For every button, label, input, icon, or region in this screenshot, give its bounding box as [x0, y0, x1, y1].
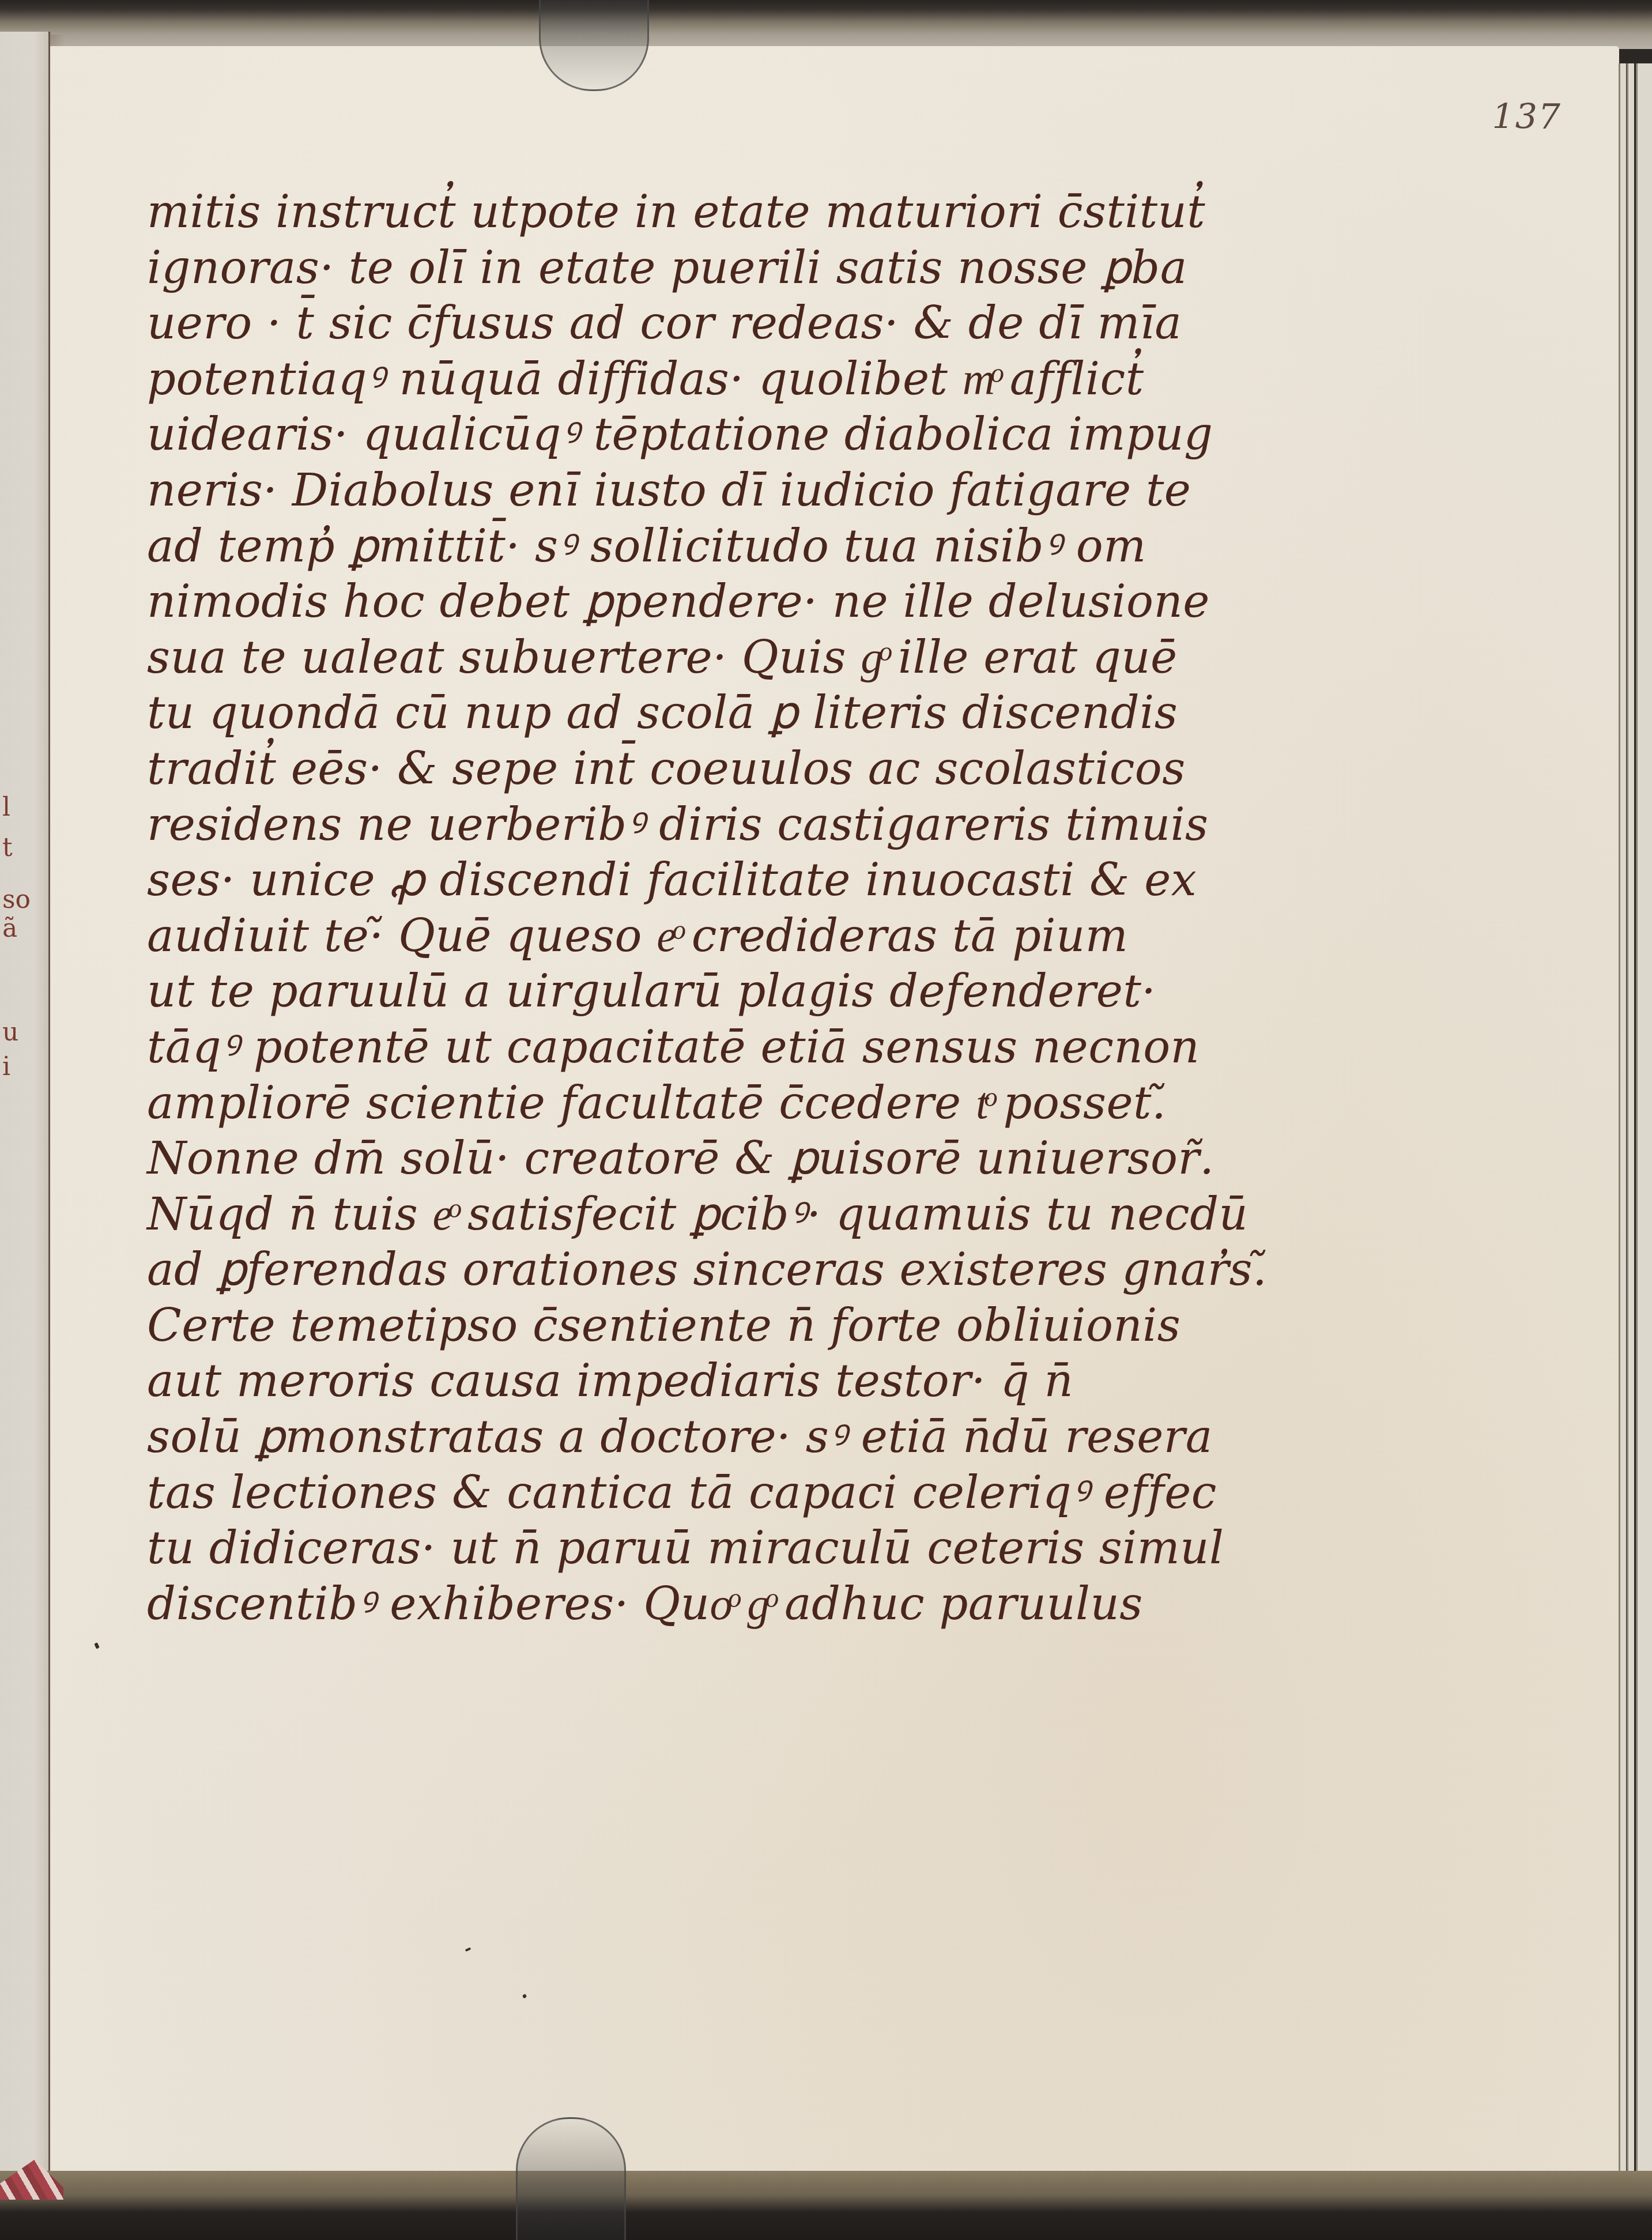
page-edge — [1627, 63, 1634, 2196]
text-line: audiuit te·̃ Quē queso eͦ credideras ta… — [147, 908, 1357, 964]
text-line: Certe temetipso c̄sentiente n̄ forte obl… — [147, 1298, 1357, 1354]
ink-speck — [94, 1642, 100, 1649]
text-line: Nūqd n̄ tuis eͦ satisfecit ꝑcibꝰ· quamu… — [147, 1187, 1357, 1243]
text-line: uidearis· qualicūqꝰ tēptatione diaboli… — [147, 407, 1357, 463]
ink-speck — [522, 1994, 527, 1998]
text-line: ut te paruulū a uirgularū plagis defen… — [147, 964, 1357, 1020]
text-line: aut meroris causa impediaris testor· q̄ … — [147, 1353, 1357, 1409]
margin-fragment: l — [2, 793, 10, 822]
margin-fragment: i — [2, 1052, 10, 1081]
text-line: uero · t̄ sic c̄fusus ad cor redeas· & d… — [147, 296, 1357, 352]
text-line: ses· unice ꝓ discendi facilitate inuocas… — [147, 853, 1357, 908]
text-line: neris· Diabolus enī iusto dī iudicio f… — [147, 463, 1357, 519]
text-line: tu didiceras· ut n̄ paruū miraculū cet… — [147, 1521, 1357, 1577]
margin-fragment: so — [2, 885, 31, 914]
text-block: mitis instruct̓ utpote in etate maturior… — [147, 184, 1357, 1632]
glass-page-clip-bottom — [516, 2117, 626, 2240]
previous-page-edge: l t so ã u i — [0, 32, 50, 2199]
margin-fragment: t — [2, 833, 13, 862]
manuscript-photo: l t so ã u i 137 mitis instruct̓ utpote… — [0, 0, 1652, 2240]
text-line: tas lectiones & cantica tā capaci celer… — [147, 1465, 1357, 1521]
text-line: ignoras· te olī in etate puerili satis … — [147, 240, 1357, 296]
page-edge — [1636, 63, 1652, 2196]
text-line: tāqꝰ potentē ut capacitatē etiā sens… — [147, 1020, 1357, 1076]
page-edge — [1619, 63, 1626, 2196]
folio-number: 137 — [1492, 97, 1562, 137]
text-line: solū ꝑmonstratas a doctore· sꝰ etiā n̄… — [147, 1409, 1357, 1465]
text-line: ad ꝑferendas orationes sinceras existere… — [147, 1242, 1357, 1298]
text-line: ampliorē scientie facultatē c̄cedere t… — [147, 1076, 1357, 1132]
text-line: ad temp̓ ꝑmittit̄· sꝰ sollicitudo tua ni… — [147, 519, 1357, 575]
text-line: nimodis hoc debet ꝑpendere· ne ille delu… — [147, 574, 1357, 630]
margin-fragment: ã — [2, 914, 17, 943]
text-line: Nonne dm̄ solū· creatorē & ꝑuisorē un… — [147, 1131, 1357, 1187]
margin-fragment: u — [2, 1017, 18, 1047]
text-line: tradit̓ eēs· & sepe int̄ coeuulos ac sc… — [147, 741, 1357, 797]
text-line: mitis instruct̓ utpote in etate maturior… — [147, 184, 1357, 240]
text-line: potentiaqꝰ nūquā diffidas· quolibet mͦ… — [147, 352, 1357, 408]
ink-speck — [465, 1947, 472, 1952]
text-line: discentibꝰ exhiberes· Quoͦ gͦ adhuc paru… — [147, 1577, 1357, 1632]
text-line: residens ne uerberibꝰ diris castigareris… — [147, 797, 1357, 853]
text-line: sua te ualeat subuertere· Quis gͦ ille e… — [147, 630, 1357, 686]
binding-top-edge — [0, 0, 1652, 49]
binding-bottom-edge — [0, 2171, 1652, 2240]
folio-page: 137 mitis instruct̓ utpote in etate matu… — [50, 46, 1619, 2202]
text-line: tu quondā cū nup ad scolā ꝑ literis d… — [147, 685, 1357, 741]
